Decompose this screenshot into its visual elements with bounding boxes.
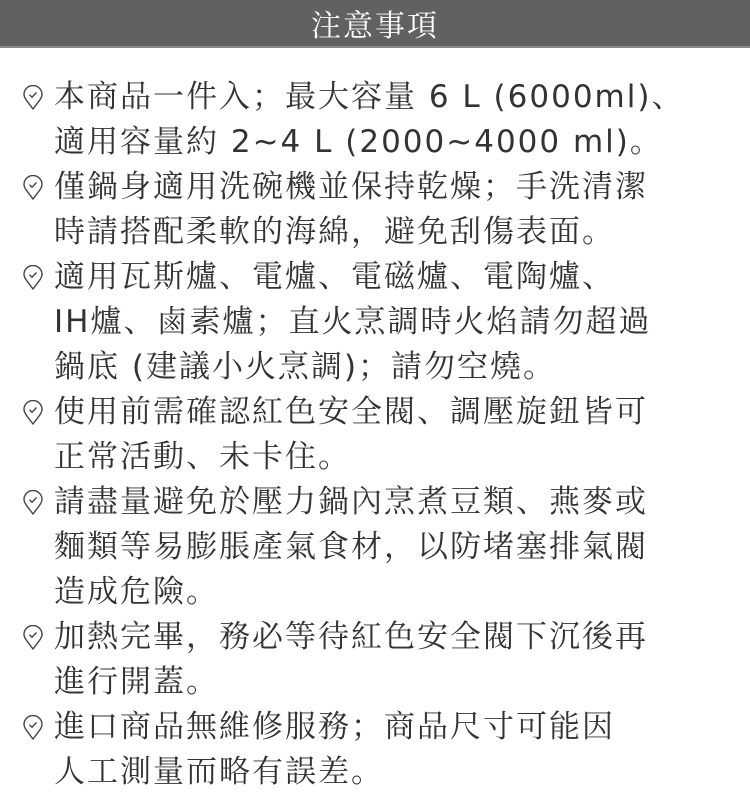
list-item: 加熱完畢，務必等待紅色安全閥下沉後再 進行開蓋。 (0, 615, 750, 705)
notice-text: 加熱完畢，務必等待紅色安全閥下沉後再 進行開蓋。 (54, 615, 734, 705)
list-item: 使用前需確認紅色安全閥、調壓旋鈕皆可 正常活動、未卡住。 (0, 390, 750, 480)
map-pin-check-icon (22, 705, 50, 750)
notice-header: 注意事項 (0, 0, 750, 48)
list-item: 進口商品無維修服務；商品尺寸可能因 人工測量而略有誤差。 (0, 705, 750, 795)
notice-text: 進口商品無維修服務；商品尺寸可能因 人工測量而略有誤差。 (54, 705, 734, 795)
map-pin-check-icon (22, 75, 50, 120)
map-pin-check-icon (22, 165, 50, 210)
list-item: 適用瓦斯爐、電爐、電磁爐、電陶爐、 IH爐、鹵素爐；直火烹調時火焰請勿超過 鍋底… (0, 255, 750, 390)
notice-text: 請盡量避免於壓力鍋內烹煮豆類、燕麥或 麵類等易膨脹產氣食材，以防堵塞排氣閥 造成… (54, 480, 734, 615)
map-pin-check-icon (22, 615, 50, 660)
map-pin-check-icon (22, 390, 50, 435)
list-item: 僅鍋身適用洗碗機並保持乾燥；手洗清潔 時請搭配柔軟的海綿，避免刮傷表面。 (0, 165, 750, 255)
notice-list: 本商品一件入；最大容量 6 L (6000ml)、 適用容量約 2~4 L (2… (0, 48, 750, 795)
list-item: 請盡量避免於壓力鍋內烹煮豆類、燕麥或 麵類等易膨脹產氣食材，以防堵塞排氣閥 造成… (0, 480, 750, 615)
map-pin-check-icon (22, 480, 50, 525)
page-title: 注意事項 (311, 1, 439, 45)
notice-text: 使用前需確認紅色安全閥、調壓旋鈕皆可 正常活動、未卡住。 (54, 390, 734, 480)
notice-text: 本商品一件入；最大容量 6 L (6000ml)、 適用容量約 2~4 L (2… (54, 75, 734, 165)
notice-text: 適用瓦斯爐、電爐、電磁爐、電陶爐、 IH爐、鹵素爐；直火烹調時火焰請勿超過 鍋底… (54, 255, 734, 390)
notice-text: 僅鍋身適用洗碗機並保持乾燥；手洗清潔 時請搭配柔軟的海綿，避免刮傷表面。 (54, 165, 734, 255)
list-item: 本商品一件入；最大容量 6 L (6000ml)、 適用容量約 2~4 L (2… (0, 75, 750, 165)
map-pin-check-icon (22, 255, 50, 300)
